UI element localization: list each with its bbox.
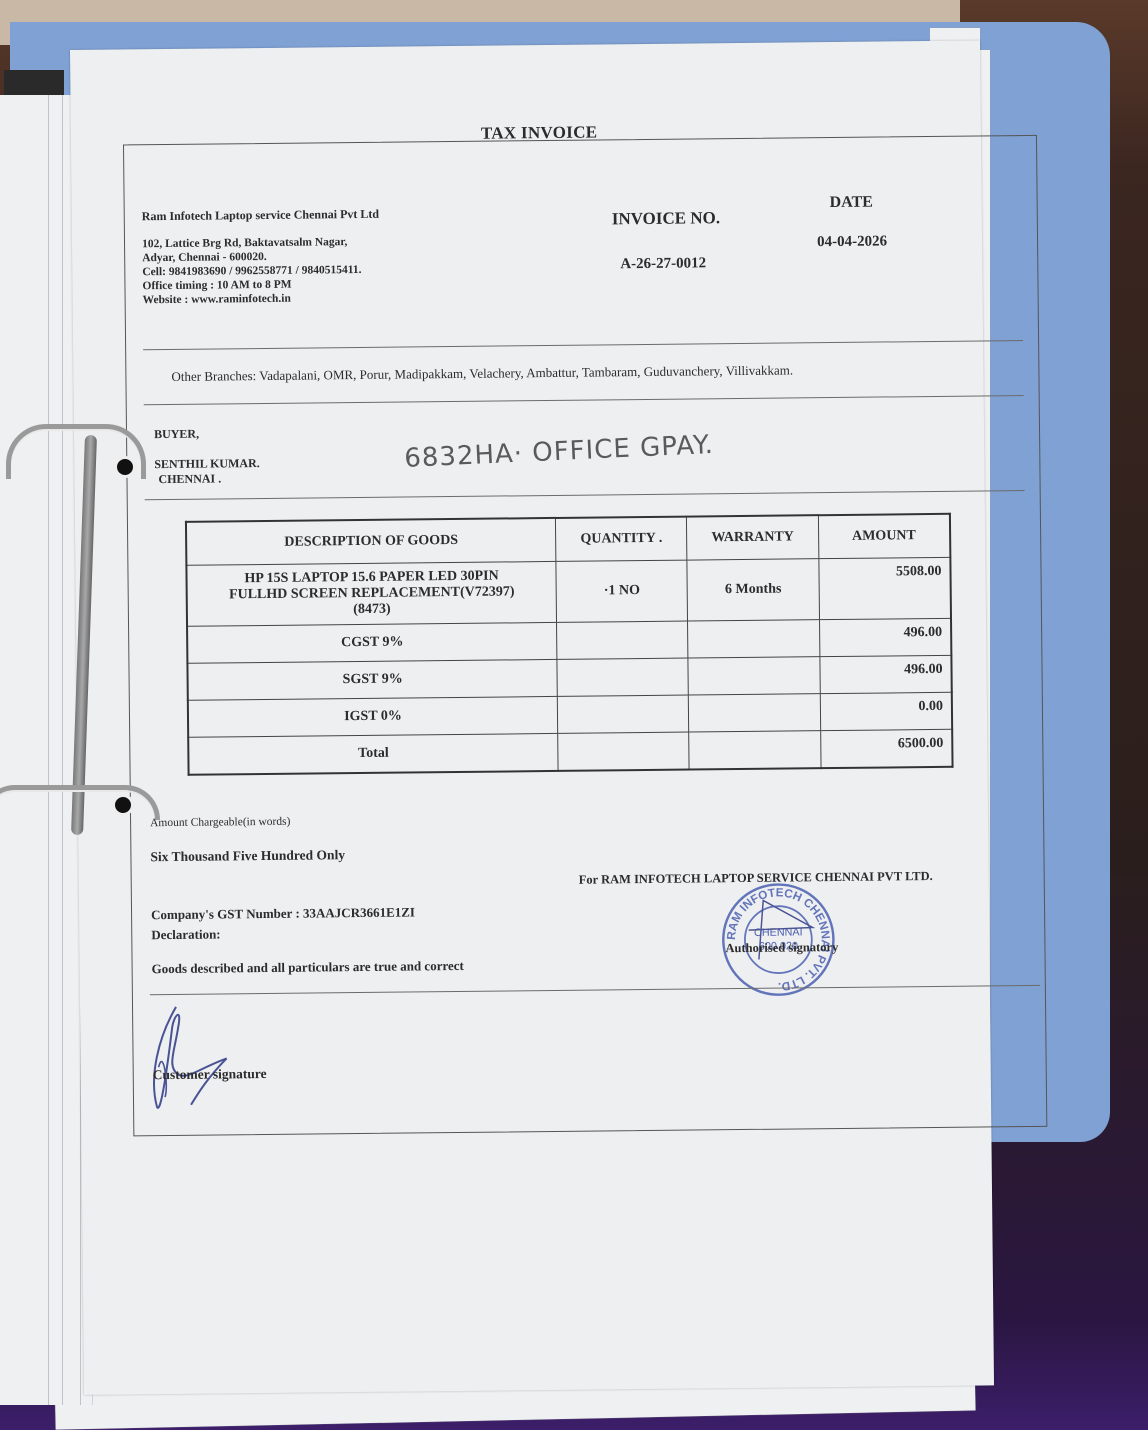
item-warranty: 6 Months	[687, 559, 819, 621]
binder-ring-tip-icon	[114, 456, 136, 478]
binder-ring-tip-icon	[112, 794, 134, 816]
gst-number: Company's GST Number : 33AAJCR3661E1ZI	[151, 904, 415, 923]
amount-words-label: Amount Chargeable(in words)	[150, 816, 290, 829]
binder-ring-icon	[0, 785, 160, 820]
col-amount: AMOUNT	[818, 514, 950, 559]
item-amount: 5508.00	[819, 557, 951, 619]
item-description: HP 15S LAPTOP 15.6 PAPER LED 30PIN FULLH…	[186, 561, 556, 626]
seller-name: Ram Infotech Laptop service Chennai Pvt …	[142, 207, 379, 223]
seller-address-line1: 102, Lattice Brg Rd, Baktavatsalm Nagar,	[142, 235, 379, 251]
buyer-info: SENTHIL KUMAR. CHENNAI .	[154, 456, 260, 487]
customer-signature-label: Customer signature	[153, 1066, 267, 1083]
seller-info: Ram Infotech Laptop service Chennai Pvt …	[142, 207, 380, 307]
authorised-signatory: Authorised signatory	[725, 940, 838, 956]
row-label: SGST 9%	[187, 659, 557, 700]
date-value: 04-04-2026	[817, 233, 887, 251]
buyer-city: CHENNAI .	[154, 471, 260, 487]
table-row: HP 15S LAPTOP 15.6 PAPER LED 30PIN FULLH…	[186, 557, 951, 626]
seller-website: Website : www.raminfotech.in	[143, 291, 380, 307]
row-amount: 6500.00	[820, 729, 952, 768]
table-row-total: Total 6500.00	[188, 729, 952, 774]
row-label: CGST 9%	[187, 622, 557, 663]
date-label: DATE	[830, 194, 873, 212]
items-table: DESCRIPTION OF GOODS QUANTITY . WARRANTY…	[185, 513, 954, 776]
amount-words: Six Thousand Five Hundred Only	[150, 847, 345, 865]
row-amount: 496.00	[820, 655, 952, 693]
col-description: DESCRIPTION OF GOODS	[186, 518, 556, 565]
buyer-label: BUYER,	[154, 427, 199, 442]
row-amount: 496.00	[819, 618, 951, 656]
declaration-label: Declaration:	[151, 926, 220, 943]
item-quantity: ·1 NO	[556, 560, 688, 622]
col-warranty: WARRANTY	[687, 515, 819, 560]
row-amount: 0.00	[820, 692, 952, 730]
col-quantity: QUANTITY .	[556, 517, 688, 562]
row-label: IGST 0%	[188, 696, 558, 737]
row-label: Total	[188, 733, 558, 774]
customer-signature-mark-icon	[138, 996, 269, 1117]
invoice-no-value: A-26-27-0012	[620, 255, 706, 273]
declaration-text: Goods described and all particulars are …	[152, 958, 464, 977]
seller-cell: Cell: 9841983690 / 9962558771 / 98405154…	[142, 263, 379, 279]
invoice-no-label: INVOICE NO.	[612, 208, 721, 229]
buyer-name: SENTHIL KUMAR.	[154, 456, 260, 472]
invoice-page: TAX INVOICE Ram Infotech Laptop service …	[70, 40, 994, 1394]
